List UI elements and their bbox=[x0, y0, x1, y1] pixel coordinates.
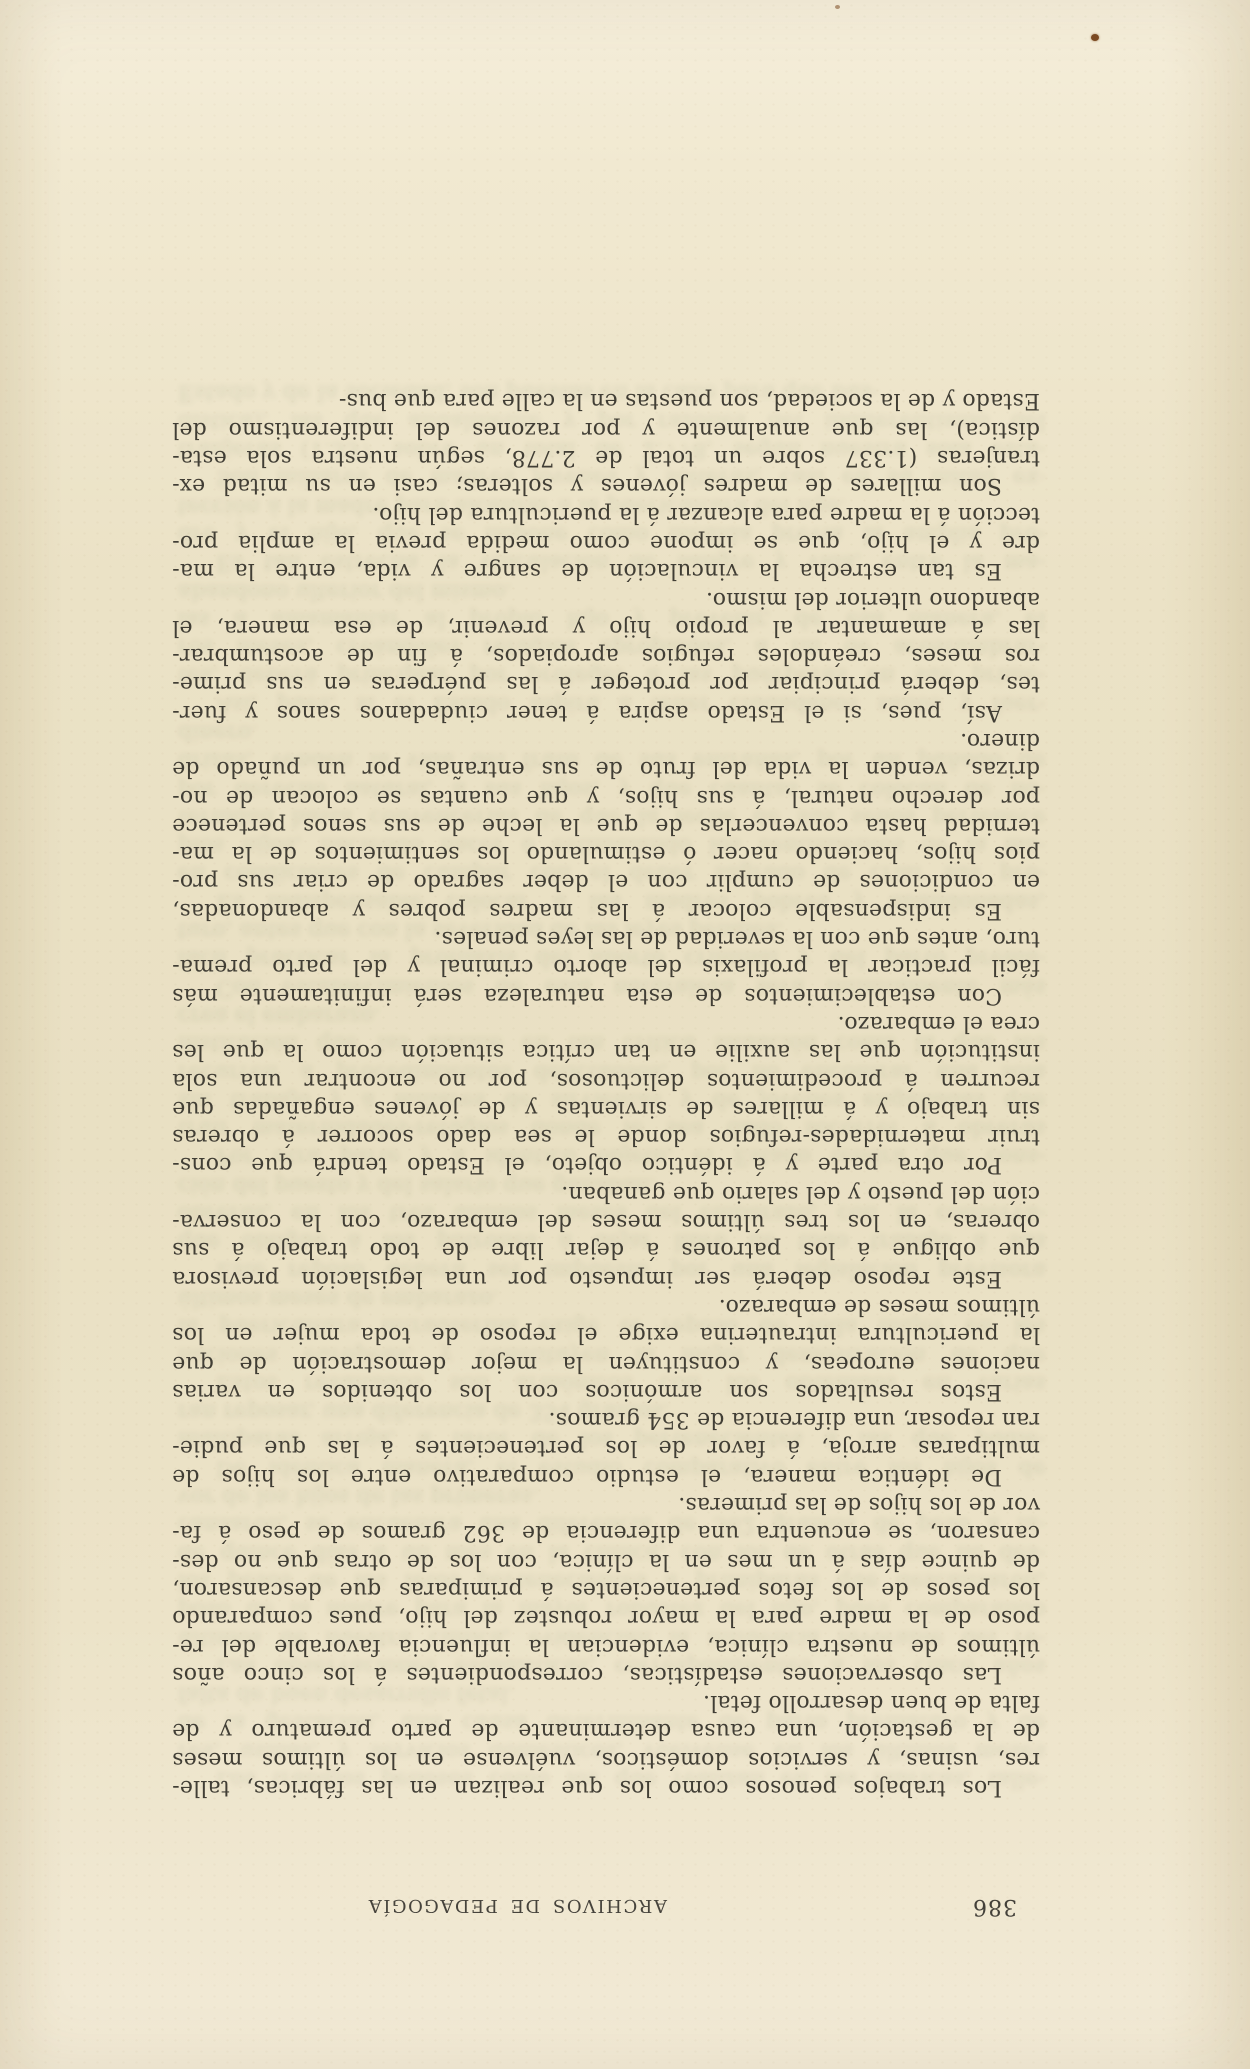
text-line: la puericultura intrauterina exige el re… bbox=[172, 1320, 1040, 1348]
text-line: últimos de nuestra clínica, evidencian l… bbox=[172, 1631, 1040, 1659]
text-line: ran reposar, una diferencia de 354 gramo… bbox=[172, 1405, 1040, 1433]
text-line: turo, antes que con la severidad de las … bbox=[172, 924, 1040, 952]
text-line: Es indispensable colocar á las madres po… bbox=[172, 896, 1040, 924]
text-line: tección á la madre para alcanzar á la pu… bbox=[172, 499, 1040, 527]
text-line: de la gestación, una causa determinante … bbox=[172, 1716, 1040, 1744]
scanned-page: 386 ARCHIVOS DE PEDAGOGÍA Los trabajos p… bbox=[0, 0, 1250, 2069]
text-line: Por otra parte y á idéntico objeto, el E… bbox=[172, 1150, 1040, 1178]
text-line: Es tan estrecha la vinculación de sangre… bbox=[172, 556, 1040, 584]
page-number: 386 bbox=[972, 1894, 1017, 1919]
text-line: abandono ulterior del mismo. bbox=[172, 584, 1040, 612]
text-line: Las observaciones estadísticas, correspo… bbox=[172, 1660, 1040, 1688]
text-line: las á amamantar al propio hijo y preveni… bbox=[172, 613, 1040, 641]
text-line: tranjeras (1.337 sobre un total de 2.778… bbox=[172, 443, 1040, 471]
text-line: sin trabajo y á millares de sirvientas y… bbox=[172, 1094, 1040, 1122]
text-line: ción del puesto y del salario que ganaba… bbox=[172, 1178, 1040, 1206]
text-line: que obligue á los patrones á dejar libre… bbox=[172, 1235, 1040, 1263]
rotated-page-content: 386 ARCHIVOS DE PEDAGOGÍA Los trabajos p… bbox=[0, 0, 1250, 2069]
text-line: Estado y de la sociedad, son puestas en … bbox=[172, 386, 1040, 414]
text-line: Este reposo deberá ser impuesto por una … bbox=[172, 1263, 1040, 1291]
text-line: naciones europeas, y constituyen la mejo… bbox=[172, 1348, 1040, 1376]
text-line: truir maternidades-refugios donde le sea… bbox=[172, 1122, 1040, 1150]
paper-speck bbox=[835, 5, 840, 9]
text-line: pios hijos, haciendo nacer ó estimulando… bbox=[172, 839, 1040, 867]
text-line: fácil practicar la profilaxis del aborto… bbox=[172, 952, 1040, 980]
text-line: vor de los hijos de las primeras. bbox=[172, 1490, 1040, 1518]
text-line: tes, deberá principiar por proteger á la… bbox=[172, 669, 1040, 697]
text-line: Estos resultados son armónicos con los o… bbox=[172, 1377, 1040, 1405]
text-line: Son millares de madres jóvenes y soltera… bbox=[172, 471, 1040, 499]
text-line: Así, pues, si el Estado aspira á tener c… bbox=[172, 697, 1040, 725]
text-line: dinero. bbox=[172, 726, 1040, 754]
body-text: Los trabajos penosos como los que realiz… bbox=[172, 386, 1040, 1801]
text-line: poso de la madre para la mayor robustez … bbox=[172, 1603, 1040, 1631]
text-line: dre y el hijo, que se impone como medida… bbox=[172, 528, 1040, 556]
paper-speck bbox=[1091, 34, 1099, 41]
text-line: ternidad hasta convencerlas de que la le… bbox=[172, 811, 1040, 839]
text-line: últimos meses de embarazo. bbox=[172, 1292, 1040, 1320]
text-line: obreras, en los tres últimos meses del e… bbox=[172, 1207, 1040, 1235]
text-line: ros meses, creándoles refugios apropiado… bbox=[172, 641, 1040, 669]
text-line: De idéntica manera, el estudio comparati… bbox=[172, 1461, 1040, 1489]
text-line: Los trabajos penosos como los que realiz… bbox=[172, 1773, 1040, 1801]
text-line: por derecho natural, á sus hijos, y que … bbox=[172, 782, 1040, 810]
text-line: drizas, venden la vida del fruto de sus … bbox=[172, 754, 1040, 782]
text-line: res, usinas, y servicios domésticos, vué… bbox=[172, 1744, 1040, 1772]
text-line: Con establecimientos de esta naturaleza … bbox=[172, 980, 1040, 1008]
text-line: falta de buen desarrollo fetal. bbox=[172, 1688, 1040, 1716]
text-line: multiparas arroja, á favor de los perten… bbox=[172, 1433, 1040, 1461]
text-line: crea el embarazo. bbox=[172, 1009, 1040, 1037]
text-line: en condiciones de cumplir con el deber s… bbox=[172, 867, 1040, 895]
text-line: de quince días á un mes en la clínica, c… bbox=[172, 1546, 1040, 1574]
running-title: ARCHIVOS DE PEDAGOGÍA bbox=[367, 1895, 667, 1916]
text-line: recurren á procedimientos delictuosos, p… bbox=[172, 1065, 1040, 1093]
text-line: institución que las auxilie en tan críti… bbox=[172, 1037, 1040, 1065]
text-line: dística), las que anualmente y por razon… bbox=[172, 414, 1040, 442]
text-line: los pesos de los fetos pertenecientes á … bbox=[172, 1575, 1040, 1603]
text-line: cansaron, se encuentra una diferencia de… bbox=[172, 1518, 1040, 1546]
